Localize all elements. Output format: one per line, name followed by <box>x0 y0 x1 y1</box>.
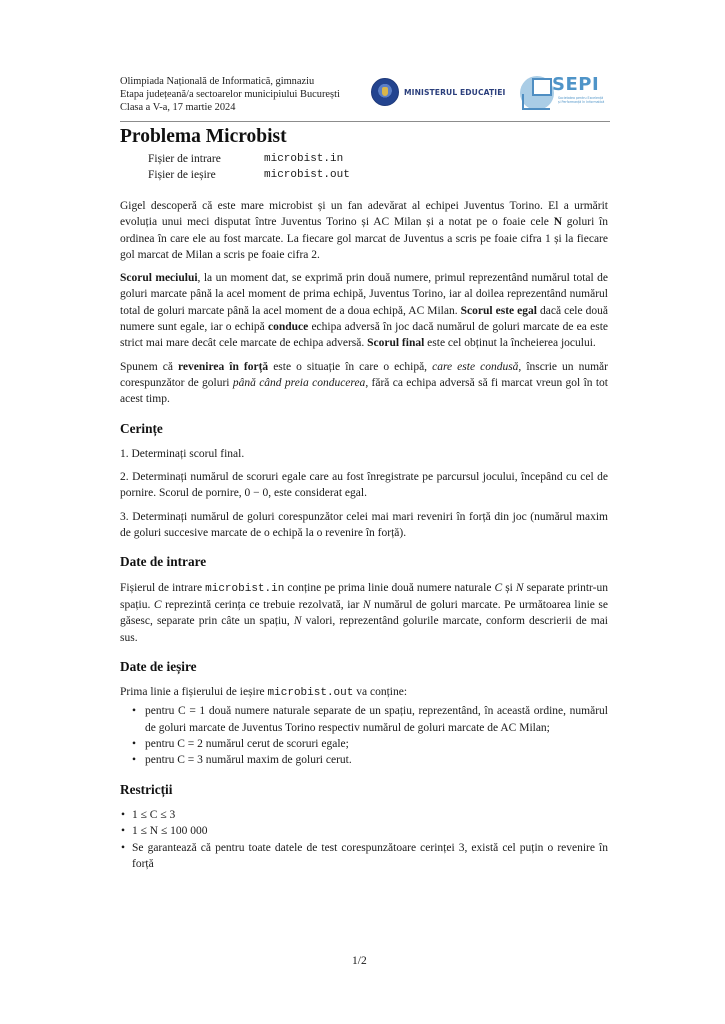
score-definition-paragraph: Scorul meciului, la un moment dat, se ex… <box>120 270 608 351</box>
problem-body: Gigel descoperă că este mare microbist ș… <box>120 198 608 872</box>
file-info: Fișier de intrare microbist.in Fișier de… <box>148 152 350 183</box>
page-header: Olimpiada Națională de Informatică, gimn… <box>120 76 608 120</box>
restriction-n-range: 1 ≤ N ≤ 100 000 <box>132 823 608 839</box>
ministry-logo: MINISTERUL EDUCAȚIEI <box>371 78 505 106</box>
ministry-crest-icon <box>371 78 399 106</box>
sepi-sublabel: Societatea pentru Excelență și Performan… <box>558 96 606 104</box>
sepi-logo: SEPI Societatea pentru Excelență și Perf… <box>518 74 608 116</box>
restrictions-list: 1 ≤ C ≤ 3 1 ≤ N ≤ 100 000 Se garantează … <box>120 807 608 872</box>
output-list-item: pentru C = 3 numărul maxim de goluri cer… <box>145 752 608 768</box>
circuit-icon <box>522 94 550 110</box>
input-file-row: Fișier de intrare microbist.in <box>148 152 350 168</box>
header-divider <box>120 121 610 122</box>
ministry-label: MINISTERUL EDUCAȚIEI <box>404 88 505 97</box>
output-list: pentru C = 1 două numere naturale separa… <box>120 703 608 768</box>
output-file-name: microbist.out <box>264 168 350 184</box>
intro-paragraph: Gigel descoperă că este mare microbist ș… <box>120 198 608 263</box>
restriction-c-range: 1 ≤ C ≤ 3 <box>132 807 608 823</box>
restriction-guarantee: Se garantează că pentru toate datele de … <box>132 840 608 873</box>
output-file-label: Fișier de ieșire <box>148 168 264 184</box>
sepi-label: SEPI <box>552 74 599 95</box>
input-data-heading: Date de intrare <box>120 554 608 570</box>
requirement-item: 3. Determinați numărul de goluri corespu… <box>120 509 608 542</box>
requirement-item: 2. Determinați numărul de scoruri egale … <box>120 469 608 502</box>
input-file-label: Fișier de intrare <box>148 152 264 168</box>
requirement-item: 1. Determinați scorul final. <box>120 446 608 462</box>
requirements-heading: Cerințe <box>120 421 608 437</box>
page-title: Problema Microbist <box>120 126 287 148</box>
comeback-definition-paragraph: Spunem că revenirea în forță este o situ… <box>120 359 608 408</box>
output-file-row: Fișier de ieșire microbist.out <box>148 168 350 184</box>
output-list-item: pentru C = 1 două numere naturale separa… <box>145 703 608 736</box>
restrictions-heading: Restricții <box>120 782 608 798</box>
document-page: Olimpiada Națională de Informatică, gimn… <box>120 76 608 120</box>
page-number: 1/2 <box>352 955 367 967</box>
input-file-name: microbist.in <box>264 152 343 168</box>
input-data-paragraph: Fișierul de intrare microbist.in conține… <box>120 580 608 646</box>
output-list-item: pentru C = 2 numărul cerut de scoruri eg… <box>145 736 608 752</box>
computer-icon <box>532 78 552 96</box>
output-data-heading: Date de ieșire <box>120 659 608 675</box>
output-data-paragraph: Prima linie a fișierului de ieșire micro… <box>120 684 608 701</box>
